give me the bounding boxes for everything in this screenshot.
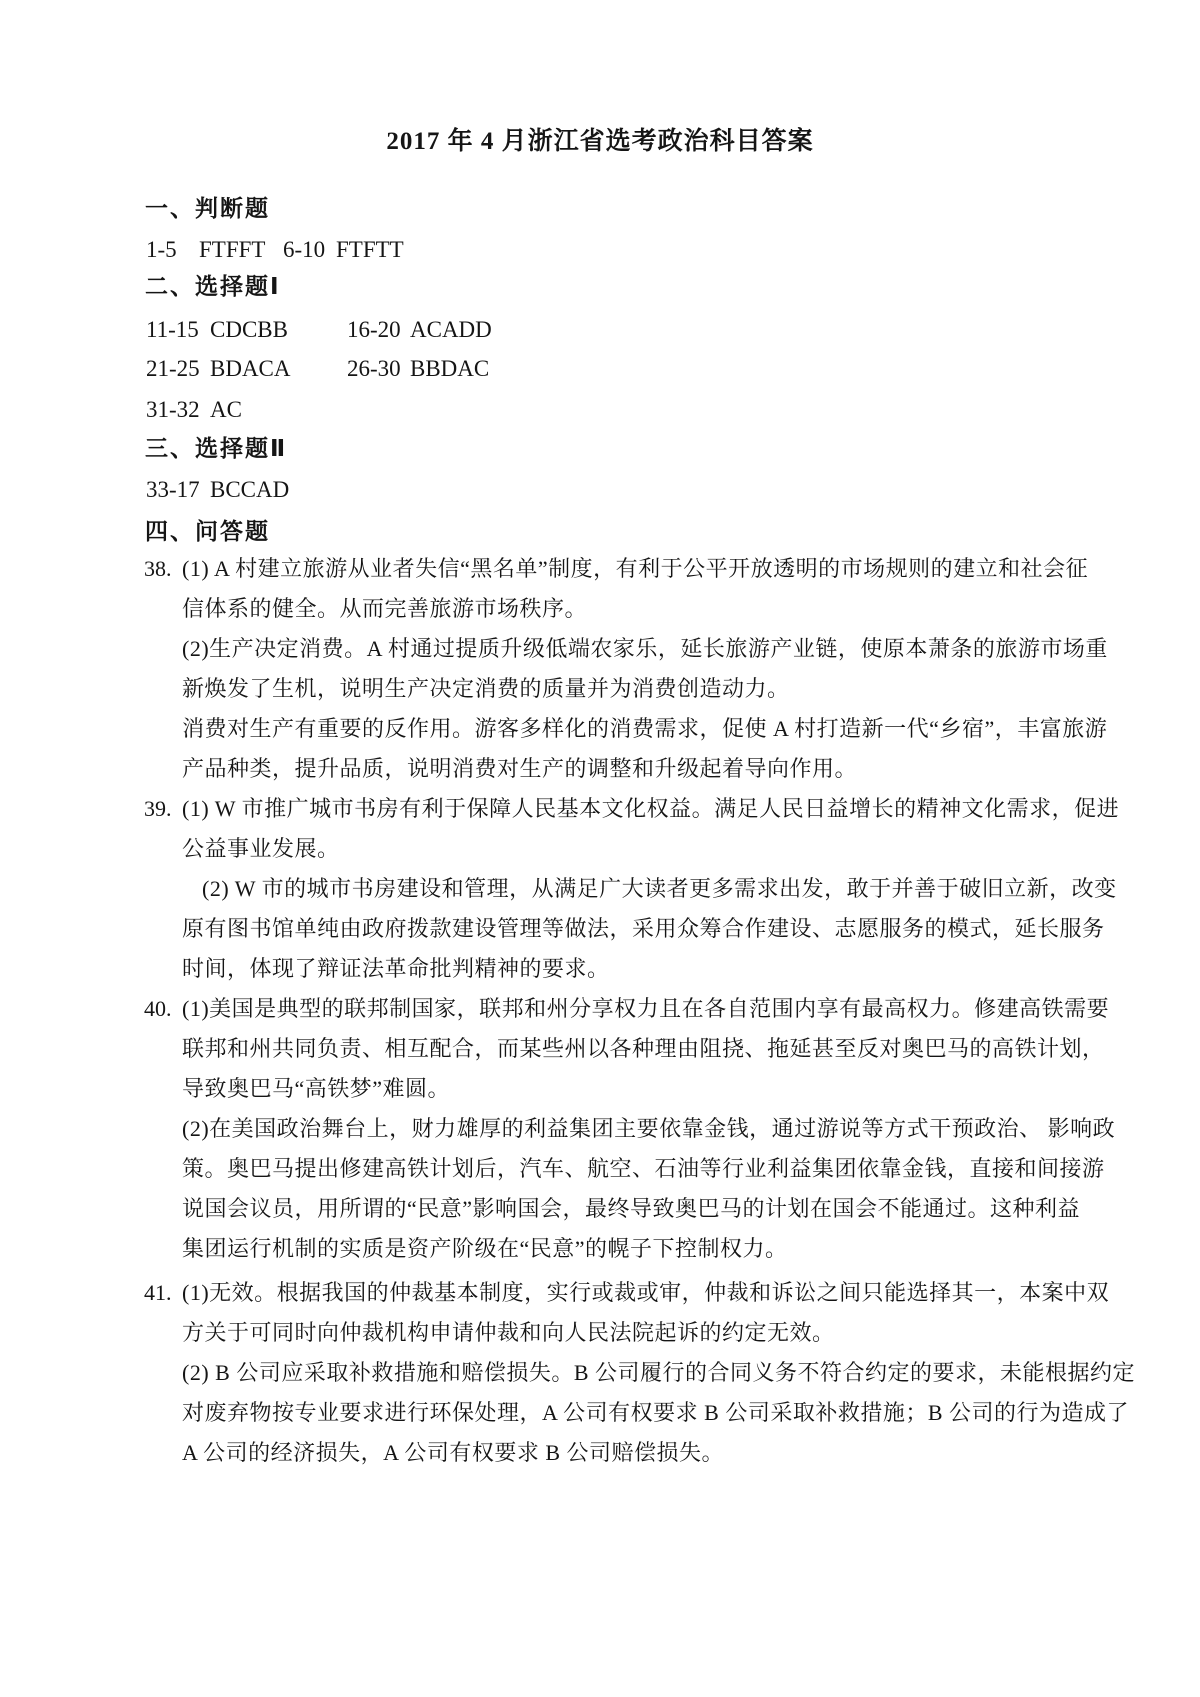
answer-line: 集团运行机制的实质是资产阶级在“民意”的幌子下控制权力。 xyxy=(182,1229,1092,1269)
answer-line: 方关于可同时向仲裁机构申请仲裁和向人民法院起诉的约定无效。 xyxy=(182,1313,1092,1353)
answer-line: 策。奥巴马提出修建高铁计划后，汽车、航空、石油等行业利益集团依靠金钱，直接和间接… xyxy=(182,1149,1092,1189)
answer-line: 说国会议员，用所谓的“民意”影响国会，最终导致奥巴马的计划在国会不能通过。这种利… xyxy=(182,1189,1092,1229)
section-heading-multiple-choice-2: 三、选择题Ⅱ xyxy=(145,428,287,468)
answer-line: (1) W 市推广城市书房有利于保障人民基本文化权益。满足人民日益增长的精神文化… xyxy=(182,789,1092,829)
answer-letters: BDACA xyxy=(210,349,291,389)
question-number: 38. xyxy=(144,549,172,589)
answer-letters: CDCBB xyxy=(210,310,288,350)
question-41: 41. (1)无效。根据我国的仲裁基本制度，实行或裁或审，仲裁和诉讼之间只能选择… xyxy=(182,1273,1092,1473)
question-38: 38. (1) A 村建立旅游从业者失信“黑名单”制度，有利于公平开放透明的市场… xyxy=(182,549,1092,789)
page-title: 2017 年 4 月浙江省选考政治科目答案 xyxy=(0,122,1200,162)
answer-line: (1)无效。根据我国的仲裁基本制度，实行或裁或审，仲裁和诉讼之间只能选择其一，本… xyxy=(182,1273,1092,1313)
answer-range: 33-17 xyxy=(146,470,200,510)
answer-letters: FTFTT xyxy=(336,230,404,270)
section-heading-judgement: 一、判断题 xyxy=(145,188,270,228)
answer-line: 导致奥巴马“高铁梦”难圆。 xyxy=(182,1069,1092,1109)
answer-range: 1-5 xyxy=(146,230,177,270)
answer-line: 信体系的健全。从而完善旅游市场秩序。 xyxy=(182,589,1092,629)
answer-letters: BBDAC xyxy=(410,349,489,389)
question-number: 40. xyxy=(144,989,172,1029)
document-page: 2017 年 4 月浙江省选考政治科目答案 一、判断题 1-5 FTFFT 6-… xyxy=(0,0,1200,1697)
answer-line: (1)美国是典型的联邦制国家，联邦和州分享权力且在各自范围内享有最高权力。修建高… xyxy=(182,989,1092,1029)
answer-range: 16-20 xyxy=(347,310,401,350)
answer-line: 产品种类，提升品质，说明消费对生产的调整和升级起着导向作用。 xyxy=(182,749,1092,789)
answer-line: 原有图书馆单纯由政府拨款建设管理等做法，采用众筹合作建设、志愿服务的模式，延长服… xyxy=(182,909,1092,949)
answer-range: 31-32 xyxy=(146,390,200,430)
answer-line: 联邦和州共同负责、相互配合，而某些州以各种理由阻挠、拖延甚至反对奥巴马的高铁计划… xyxy=(182,1029,1092,1069)
answer-line: (1) A 村建立旅游从业者失信“黑名单”制度，有利于公平开放透明的市场规则的建… xyxy=(182,549,1092,589)
answer-line: 时间，体现了辩证法革命批判精神的要求。 xyxy=(182,949,1092,989)
answer-line: 新焕发了生机，说明生产决定消费的质量并为消费创造动力。 xyxy=(182,669,1092,709)
answer-line: (2) B 公司应采取补救措施和赔偿损失。B 公司履行的合同义务不符合约定的要求… xyxy=(182,1353,1092,1393)
answer-letters: AC xyxy=(210,390,242,430)
question-number: 39. xyxy=(144,789,172,829)
question-40: 40. (1)美国是典型的联邦制国家，联邦和州分享权力且在各自范围内享有最高权力… xyxy=(182,989,1092,1269)
answer-letters: ACADD xyxy=(410,310,492,350)
answer-letters: BCCAD xyxy=(210,470,289,510)
answer-line: (2)在美国政治舞台上，财力雄厚的利益集团主要依靠金钱，通过游说等方式干预政治、… xyxy=(182,1109,1092,1149)
question-number: 41. xyxy=(144,1273,172,1313)
question-39: 39. (1) W 市推广城市书房有利于保障人民基本文化权益。满足人民日益增长的… xyxy=(182,789,1092,989)
answer-range: 11-15 xyxy=(146,310,199,350)
section-heading-essay: 四、问答题 xyxy=(145,511,270,551)
answer-line: (2) W 市的城市书房建设和管理，从满足广大读者更多需求出发，敢于并善于破旧立… xyxy=(182,869,1092,909)
answer-line: 消费对生产有重要的反作用。游客多样化的消费需求，促使 A 村打造新一代“乡宿”，… xyxy=(182,709,1092,749)
answer-range: 21-25 xyxy=(146,349,200,389)
answer-range: 6-10 xyxy=(283,230,325,270)
answer-range: 26-30 xyxy=(347,349,401,389)
answer-letters: FTFFT xyxy=(199,230,265,270)
answer-line: A 公司的经济损失，A 公司有权要求 B 公司赔偿损失。 xyxy=(182,1433,1092,1473)
answer-line: 公益事业发展。 xyxy=(182,829,1092,869)
answer-line: 对废弃物按专业要求进行环保处理，A 公司有权要求 B 公司采取补救措施；B 公司… xyxy=(182,1393,1092,1433)
section-heading-multiple-choice-1: 二、选择题Ⅰ xyxy=(145,266,281,306)
answer-line: (2)生产决定消费。A 村通过提质升级低端农家乐，延长旅游产业链，使原本萧条的旅… xyxy=(182,629,1092,669)
